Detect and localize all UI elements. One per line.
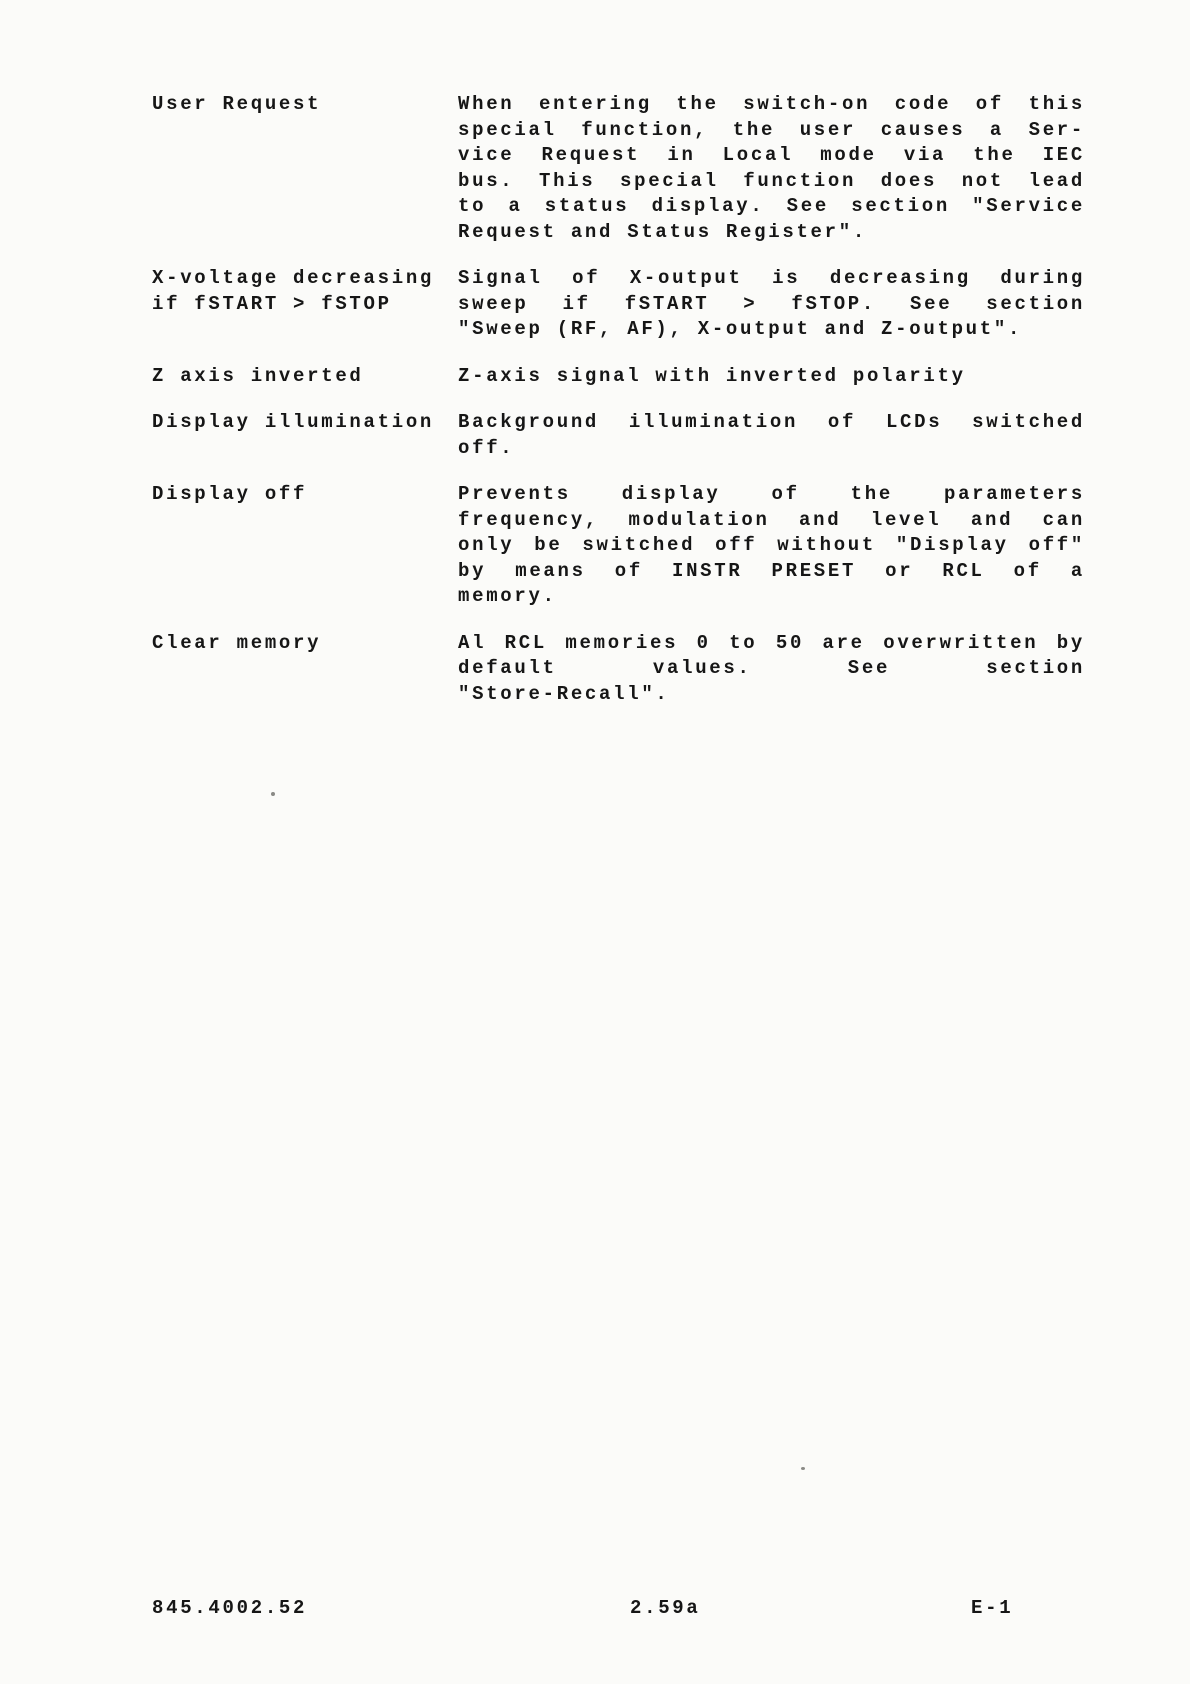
scan-speck xyxy=(271,792,275,796)
term-line: X-voltage decreasing xyxy=(152,266,458,292)
footer-section-number: E-1 xyxy=(971,1597,1013,1619)
footer-page-number: 2.59a xyxy=(630,1597,701,1619)
description-line: special function, the user causes a Ser- xyxy=(458,118,1085,144)
page-footer: 845.4002.52 2.59a E-1 xyxy=(0,1597,1190,1627)
description-line: only be switched off without "Display of… xyxy=(458,533,1085,559)
term-line: Z axis inverted xyxy=(152,364,458,390)
description-line: "Sweep (RF, AF), X-output and Z-output". xyxy=(458,317,1085,343)
description-line: memory. xyxy=(458,584,1085,610)
description-line: by means of INSTR PRESET or RCL of a xyxy=(458,559,1085,585)
description: Prevents display of the parametersfreque… xyxy=(458,482,1085,610)
term: Z axis inverted xyxy=(152,364,458,390)
definition-entry: X-voltage decreasingif fSTART > fSTOP Si… xyxy=(152,266,1092,343)
description: When entering the switch-on code of this… xyxy=(458,92,1085,245)
description-line: "Store-Recall". xyxy=(458,682,1085,708)
term-line: Display illumination xyxy=(152,410,458,436)
term-line: if fSTART > fSTOP xyxy=(152,292,458,318)
term: User Request xyxy=(152,92,458,118)
description: Background illumination of LCDs switched… xyxy=(458,410,1085,461)
description-line: Request and Status Register". xyxy=(458,220,1085,246)
description-line: Prevents display of the parameters xyxy=(458,482,1085,508)
term-line: User Request xyxy=(152,92,458,118)
description: Z-axis signal with inverted polarity xyxy=(458,364,1085,390)
scan-speck xyxy=(801,1467,805,1470)
description-line: sweep if fSTART > fSTOP. See section xyxy=(458,292,1085,318)
term-line: Display off xyxy=(152,482,458,508)
description-line: When entering the switch-on code of this xyxy=(458,92,1085,118)
term: X-voltage decreasingif fSTART > fSTOP xyxy=(152,266,458,317)
description-line: Signal of X-output is decreasing during xyxy=(458,266,1085,292)
description-line: Al RCL memories 0 to 50 are overwritten … xyxy=(458,631,1085,657)
description-line: bus. This special function does not lead xyxy=(458,169,1085,195)
definition-entry: Z axis inverted Z-axis signal with inver… xyxy=(152,364,1092,390)
description-line: vice Request in Local mode via the IEC xyxy=(458,143,1085,169)
manual-page: User Request When entering the switch-on… xyxy=(0,0,1190,1684)
definition-entry: Clear memory Al RCL memories 0 to 50 are… xyxy=(152,631,1092,708)
description: Signal of X-output is decreasing durings… xyxy=(458,266,1085,343)
description: Al RCL memories 0 to 50 are overwritten … xyxy=(458,631,1085,708)
term: Display off xyxy=(152,482,458,508)
definition-list: User Request When entering the switch-on… xyxy=(152,92,1092,728)
term: Clear memory xyxy=(152,631,458,657)
definition-entry: User Request When entering the switch-on… xyxy=(152,92,1092,245)
description-line: Background illumination of LCDs switched xyxy=(458,410,1085,436)
description-line: Z-axis signal with inverted polarity xyxy=(458,364,1085,390)
description-line: off. xyxy=(458,436,1085,462)
term-line: Clear memory xyxy=(152,631,458,657)
footer-doc-number: 845.4002.52 xyxy=(152,1597,307,1619)
description-line: to a status display. See section "Servic… xyxy=(458,194,1085,220)
term: Display illumination xyxy=(152,410,458,436)
definition-entry: Display off Prevents display of the para… xyxy=(152,482,1092,610)
description-line: frequency, modulation and level and can xyxy=(458,508,1085,534)
definition-entry: Display illumination Background illumina… xyxy=(152,410,1092,461)
description-line: default values. See section xyxy=(458,656,1085,682)
